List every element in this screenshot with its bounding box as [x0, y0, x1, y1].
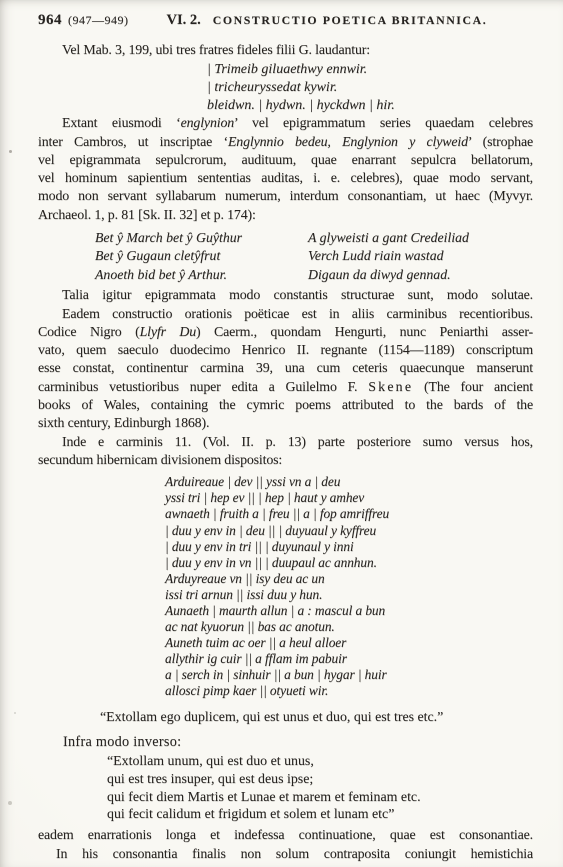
verse-line: yssi tri | hep ev || | hep | haut y amhe… [165, 490, 533, 506]
paragraph-line: vato, quem saeculo duodecimo Henrico II.… [38, 342, 533, 360]
verse-line: A glyweisti a gant Credeiliad [308, 229, 469, 247]
verse-line: Bet ŷ Gugaun cletŷfrut [95, 247, 308, 265]
scan-speck [9, 150, 12, 153]
paragraph-line: Eadem constructio orationis poëticae est… [38, 306, 533, 324]
quote-extollam-inversum: “Extollam unum, qui est duo et unus, qui… [107, 753, 533, 824]
running-title: CONSTRUCTIO POETICA BRITANNICA. [213, 13, 488, 28]
paragraph-line: sixth century, Edinburgh 1868). [38, 415, 533, 433]
verse-line: a | serch in | sinhuir || a bun | hygar … [165, 667, 533, 683]
paragraph-line: inter Cambros, ut inscriptae ‘Englynnio … [38, 134, 533, 152]
verse-line: Digaun da diwyd gennad. [308, 266, 469, 284]
paragraph-line: Talia igitur epigrammata modo constantis… [38, 287, 533, 305]
chapter-number: VI. 2. [167, 12, 201, 29]
paragraph-line: eadem enarrationis longa et indefessa co… [38, 827, 533, 845]
quote-line: qui fecit calidum et frigidum et solem e… [107, 806, 533, 824]
quote-extollam-duplicem: “Extollam ego duplicem, qui est unus et … [100, 709, 533, 727]
verse-line: | Trimeib giluaethwy ennwir. [207, 61, 533, 79]
page-header: 964 (947—949) VI. 2. CONSTRUCTIO POETICA… [38, 12, 533, 29]
intro-line: Vel Mab. 3, 199, ubi tres fratres fidele… [38, 42, 533, 60]
verse-line: | duu y env in | deu || | duyuaul y kyff… [165, 523, 533, 539]
verse-line: bleidwn. | hydwn. | hyckdwn | hir. [207, 97, 533, 115]
paragraph-black-book: Eadem constructio orationis poëticae est… [38, 306, 533, 434]
verse-line: awnaeth | fruith a | freu || a | fop amr… [165, 506, 533, 522]
verse-line: Arduyreaue vn || isy deu ac un [165, 571, 533, 587]
paragraph-englynion: Extant eiusmodi ‘englynion’ vel epigramm… [38, 115, 533, 225]
verse-line: | duu y env in vn || | duupaul ac annhun… [165, 555, 533, 571]
verse-line: | tricheuryssedat kywir. [207, 79, 533, 97]
verse-line: ac nat kyuorun || bas ac anotun. [165, 619, 533, 635]
verse-line: allythir ig cuir || a fflam im pabuir [165, 651, 533, 667]
paragraph-line: secundum hibernicam divisionem disposito… [38, 452, 533, 470]
paragraph-talia: Talia igitur epigrammata modo constantis… [38, 287, 533, 305]
paragraph-line: Codice Nigro (Llyfr Du) Caerm., quondam … [38, 324, 533, 342]
verse-line: | duu y env in tri || | duyunaul y inni [165, 539, 533, 555]
scan-speck [8, 801, 12, 805]
verse-block-hibernian-division: Arduireaue | dev || yssi vn a | deu yssi… [165, 474, 533, 699]
quote-line: qui fecit diem Martis et Lunae et marem … [107, 789, 533, 807]
page-range: (947—949) [68, 13, 129, 28]
verse-line: Bet ŷ March bet ŷ Guŷthur [95, 229, 308, 247]
englyn-column-left: Bet ŷ March bet ŷ Guŷthur Bet ŷ Gugaun c… [95, 229, 308, 284]
paragraph-line: vel hominum sapientium sententias audita… [38, 170, 533, 188]
verse-line: Auneth tuim ac oer || a heul alloer [165, 635, 533, 651]
paragraph-line: books of Wales, containing the cymric po… [38, 397, 533, 415]
paragraph-line: modo non servant syllabarum numerum, int… [38, 188, 533, 206]
paragraph-line: carminibus vetustioribus nuper edita a G… [38, 379, 533, 397]
verse-line: Aunaeth | maurth allun | a : mascul a bu… [165, 603, 533, 619]
paragraph-line: Extant eiusmodi ‘englynion’ vel epigramm… [38, 115, 533, 133]
page-number: 964 [38, 12, 62, 29]
infra-heading: Infra modo inverso: [63, 733, 533, 752]
englyn-two-columns: Bet ŷ March bet ŷ Guŷthur Bet ŷ Gugaun c… [95, 229, 533, 284]
paragraph-line: Inde e carminis 11. (Vol. II. p. 13) par… [38, 434, 533, 452]
verse-line: allosci pimp kaer || otyueti wir. [165, 683, 533, 699]
paragraph-line: Archaeol. 1, p. 81 [Sk. II. 32] et p. 17… [38, 207, 533, 225]
verse-line: Anoeth bid bet ŷ Arthur. [95, 266, 308, 284]
closing-paragraph: eadem enarrationis longa et indefessa co… [38, 827, 533, 864]
verse-line: Arduireaue | dev || yssi vn a | deu [165, 474, 533, 490]
quote-line: qui est tres insuper, qui est deus ipse; [107, 771, 533, 789]
verse-line: issi tri arnun || issi duu y hun. [165, 587, 533, 603]
paragraph-line: vel epigrammata sepulcrorum, audituum, q… [38, 152, 533, 170]
verse-block-mabinogi: | Trimeib giluaethwy ennwir. | tricheury… [207, 61, 533, 115]
englyn-column-right: A glyweisti a gant Credeiliad Verch Ludd… [308, 229, 469, 284]
paragraph-line: In his consonantia finalis non solum con… [38, 846, 533, 864]
book-page-scan: 964 (947—949) VI. 2. CONSTRUCTIO POETICA… [0, 0, 563, 867]
quote-line: “Extollam unum, qui est duo et unus, [107, 753, 533, 771]
scan-speck [14, 712, 16, 714]
verse-line: Verch Ludd riain wastad [308, 247, 469, 265]
paragraph-line: esse constat, continentur carmina 39, un… [38, 360, 533, 378]
paragraph-inde: Inde e carminis 11. (Vol. II. p. 13) par… [38, 434, 533, 471]
